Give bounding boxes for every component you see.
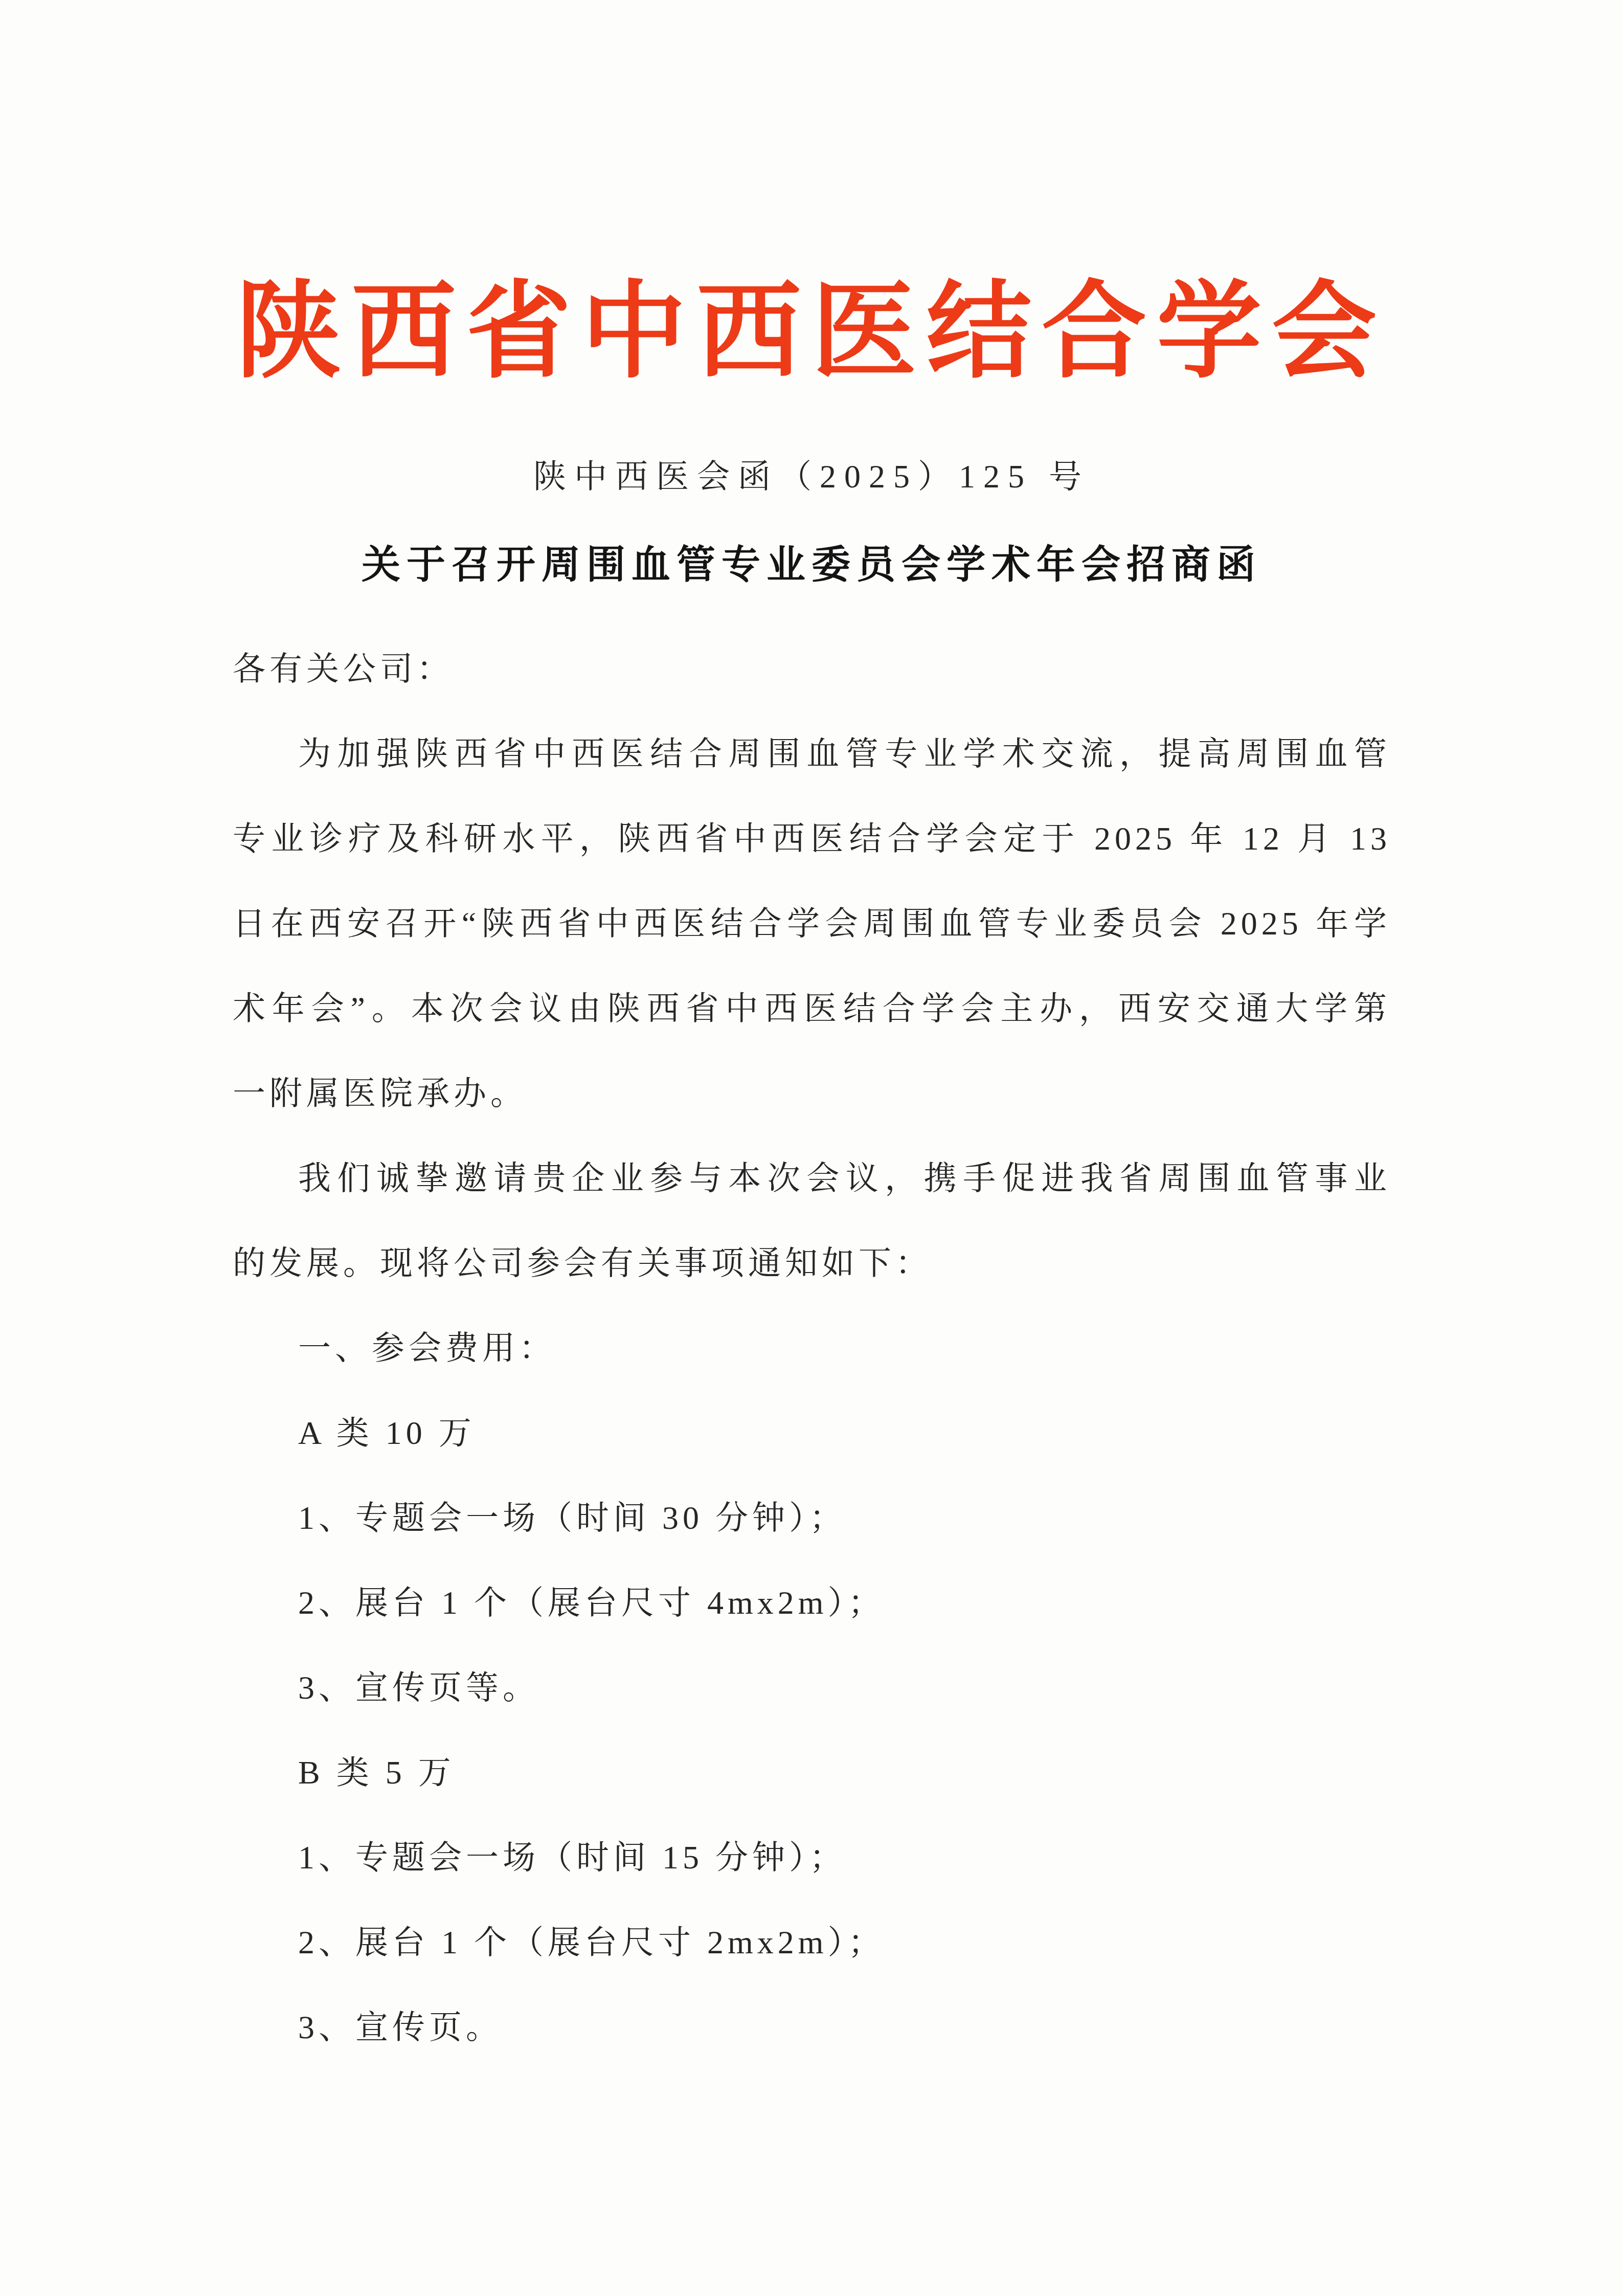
body-line: 一附属医院承办。: [233, 1051, 1391, 1136]
body-line: B 类 5 万: [233, 1730, 1391, 1815]
salutation-line: 各有关公司：: [233, 627, 1391, 711]
body-line: 日在西安召开“陕西省中西医结合学会周围血管专业委员会 2025 年学: [233, 881, 1391, 966]
letter-body: 各有关公司： 为加强陕西省中西医结合周围血管专业学术交流，提高周围血管专业诊疗及…: [233, 627, 1391, 2070]
doc-number: 陕中西医会函（2025）125 号: [0, 455, 1623, 498]
body-line: A 类 10 万: [233, 1391, 1391, 1476]
body-line: 我们诚挚邀请贵企业参与本次会议，携手促进我省周围血管事业: [233, 1136, 1391, 1221]
body-line: 一、参会费用：: [233, 1306, 1391, 1391]
body-line: 为加强陕西省中西医结合周围血管专业学术交流，提高周围血管: [233, 711, 1391, 796]
org-title: 陕西省中西医结合学会: [0, 247, 1623, 397]
body-line: 2、展台 1 个（展台尺寸 4mx2m）；: [233, 1561, 1391, 1645]
subject-title: 关于召开周围血管专业委员会学术年会招商函: [0, 540, 1623, 591]
body-line: 的发展。现将公司参会有关事项通知如下：: [233, 1221, 1391, 1306]
body-line: 3、宣传页等。: [233, 1645, 1391, 1730]
body-line: 1、专题会一场（时间 30 分钟）；: [233, 1476, 1391, 1561]
body-line: 3、宣传页。: [233, 1985, 1391, 2070]
body-line: 1、专题会一场（时间 15 分钟）；: [233, 1815, 1391, 1900]
body-line: 专业诊疗及科研水平，陕西省中西医结合学会定于 2025 年 12 月 13: [233, 796, 1391, 881]
body-line: 术年会”。本次会议由陕西省中西医结合学会主办，西安交通大学第: [233, 966, 1391, 1051]
scanned-letter-page: 陕西省中西医结合学会 陕中西医会函（2025）125 号 关于召开周围血管专业委…: [0, 0, 1623, 2296]
body-line: 2、展台 1 个（展台尺寸 2mx2m）；: [233, 1900, 1391, 1985]
